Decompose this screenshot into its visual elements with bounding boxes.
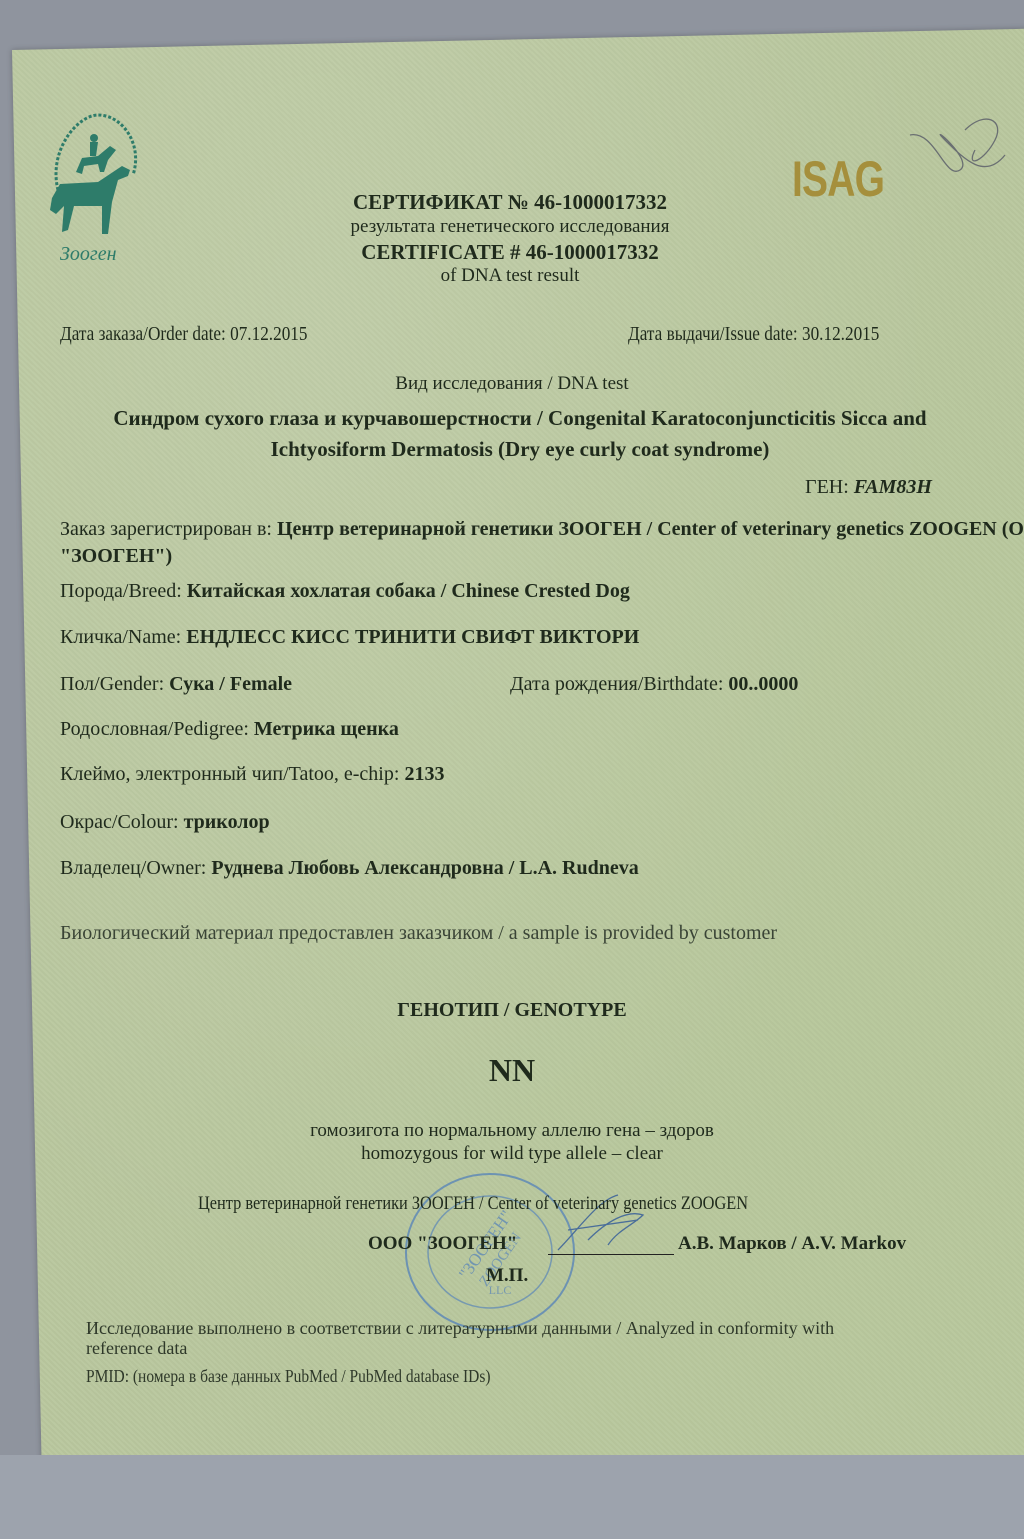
certificate-subtitle-ru: результата генетического исследования <box>200 216 820 238</box>
signature-line <box>548 1254 674 1255</box>
certificate-title-ru: СЕРТИФИКАТ № 46-1000017332 <box>200 190 820 215</box>
genotype-description-en: homozygous for wild type allele – clear <box>0 1143 1024 1165</box>
pedigree-value: Метрика щенка <box>254 718 399 740</box>
birthdate: Дата рождения/Birthdate: 00..0000 <box>510 673 798 696</box>
order-date-label: Дата заказа/Order date: <box>60 323 226 345</box>
svg-text:Зооген: Зооген <box>60 243 117 265</box>
genotype-label: ГЕНОТИП / GENOTYPE <box>0 999 1024 1022</box>
pmid-note: PMID: (номера в базе данных PubMed / Pub… <box>86 1366 491 1387</box>
gene: ГЕН: FAM83H <box>805 476 932 499</box>
handwritten-mark <box>905 110 1015 190</box>
dog-name: Кличка/Name: ЕНДЛЕСС КИСС ТРИНИТИ СВИФТ … <box>60 626 639 649</box>
name-label: Кличка/Name: <box>60 626 181 648</box>
genotype-description-ru: гомозигота по нормальному аллелю гена – … <box>0 1120 1024 1142</box>
genotype-value: NN <box>0 1052 1024 1089</box>
organization-name: Центр ветеринарной генетики ЗООГЕН / Cen… <box>198 1193 748 1215</box>
owner-value: Руднева Любовь Александровна / L.A. Rudn… <box>211 857 638 879</box>
zoogen-logo: Зооген <box>38 110 148 270</box>
chip-label: Клеймо, электронный чип/Tatoo, e-chip: <box>60 763 399 785</box>
certificate-title-en: CERTIFICATE # 46-1000017332 <box>200 240 820 265</box>
owner: Владелец/Owner: Руднева Любовь Александр… <box>60 857 639 880</box>
registered-label: Заказ зарегистрирован в: <box>60 518 272 540</box>
background-surface <box>0 1455 1024 1539</box>
horse-rider-logo-icon: Зооген <box>38 110 148 270</box>
registered-at: Заказ зарегистрирован в: Центр ветеринар… <box>60 516 1024 570</box>
issue-date-label: Дата выдачи/Issue date: <box>628 323 798 345</box>
breed-value: Китайская хохлатая собака / Chinese Cres… <box>187 580 630 602</box>
pedigree-label: Родословная/Pedigree: <box>60 718 249 740</box>
test-name: Синдром сухого глаза и курчавошерстности… <box>60 403 980 465</box>
seal-mark: М.П. <box>486 1265 528 1287</box>
name-value: ЕНДЛЕСС КИСС ТРИНИТИ СВИФТ ВИКТОРИ <box>186 626 639 648</box>
colour-value: триколор <box>184 811 270 833</box>
colour: Окрас/Colour: триколор <box>60 811 270 834</box>
organization-short-name: ООО "ЗООГЕН" <box>368 1233 517 1255</box>
birthdate-value: 00..0000 <box>728 673 798 695</box>
gender-label: Пол/Gender: <box>60 673 164 695</box>
signer-name: А.В. Марков / A.V. Markov <box>678 1233 906 1255</box>
order-date-value: 07.12.2015 <box>230 323 307 345</box>
colour-label: Окрас/Colour: <box>60 811 179 833</box>
breed-label: Порода/Breed: <box>60 580 182 602</box>
test-type-label: Вид исследования / DNA test <box>0 373 1024 395</box>
breed: Порода/Breed: Китайская хохлатая собака … <box>60 580 630 603</box>
issue-date-value: 30.12.2015 <box>802 323 879 345</box>
biomaterial-note: Биологический материал предоставлен зака… <box>60 922 777 945</box>
owner-label: Владелец/Owner: <box>60 857 206 879</box>
certificate-subtitle-en: of DNA test result <box>200 265 820 287</box>
gender-value: Сука / Female <box>169 673 292 695</box>
issue-date: Дата выдачи/Issue date: 30.12.2015 <box>628 323 879 346</box>
analysis-note: Исследование выполнено в соответствии с … <box>86 1318 886 1358</box>
birthdate-label: Дата рождения/Birthdate: <box>510 673 723 695</box>
pedigree: Родословная/Pedigree: Метрика щенка <box>60 718 399 741</box>
chip: Клеймо, электронный чип/Tatoo, e-chip: 2… <box>60 763 444 786</box>
gene-label: ГЕН: <box>805 476 849 498</box>
order-date: Дата заказа/Order date: 07.12.2015 <box>60 323 307 346</box>
gender: Пол/Gender: Сука / Female <box>60 673 292 696</box>
gene-value: FAM83H <box>854 476 932 498</box>
chip-value: 2133 <box>404 763 444 785</box>
